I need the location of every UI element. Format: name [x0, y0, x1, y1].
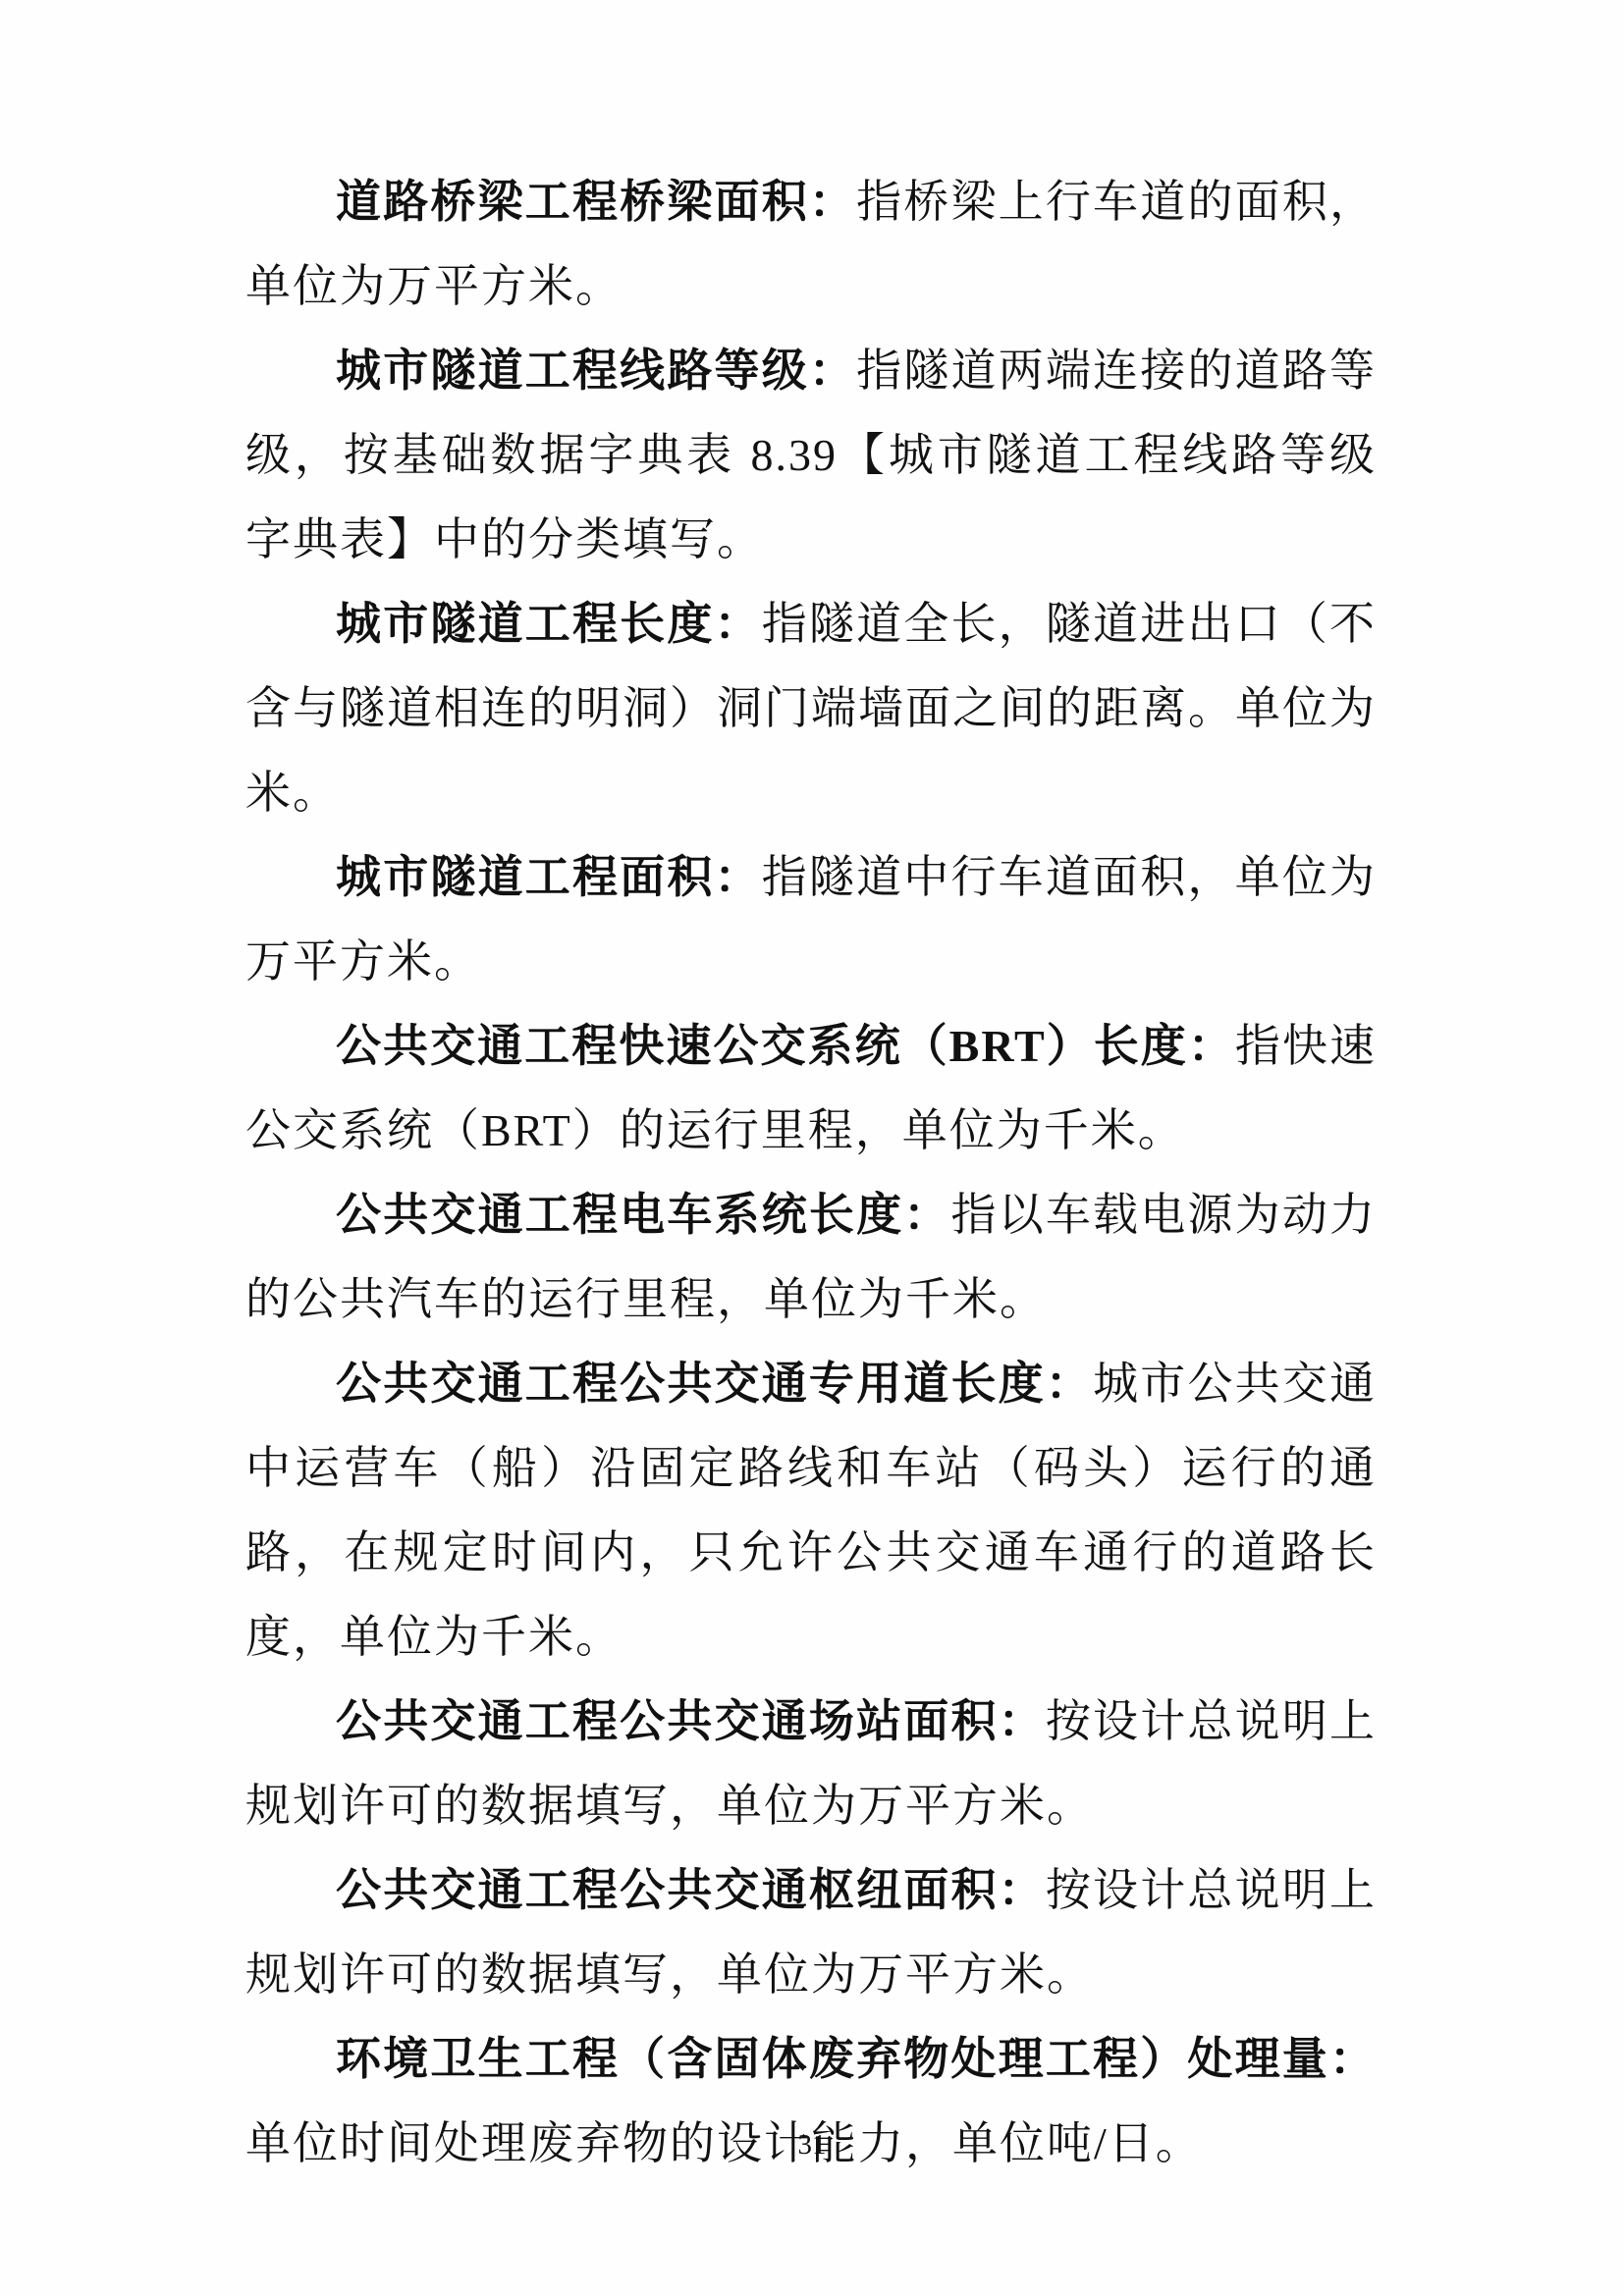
term-label: 道路桥梁工程桥梁面积： [336, 177, 856, 227]
definition-paragraph: 公共交通工程公共交通枢纽面积：按设计总说明上规划许可的数据填写，单位为万平方米。 [245, 1848, 1377, 2017]
term-label: 公共交通工程公共交通场站面积： [336, 1696, 1046, 1746]
document-body: 道路桥梁工程桥梁面积：指桥梁上行车道的面积，单位为万平方米。 城市隧道工程线路等… [245, 160, 1377, 2186]
definition-paragraph: 公共交通工程电车系统长度：指以车载电源为动力的公共汽车的运行里程，单位为千米。 [245, 1173, 1377, 1342]
definition-paragraph: 城市隧道工程面积：指隧道中行车道面积，单位为万平方米。 [245, 835, 1377, 1004]
term-label: 城市隧道工程长度： [336, 599, 762, 649]
term-label: 环境卫生工程（含固体废弃物处理工程）处理量： [336, 2034, 1377, 2084]
definition-paragraph: 道路桥梁工程桥梁面积：指桥梁上行车道的面积，单位为万平方米。 [245, 160, 1377, 329]
term-label: 公共交通工程公共交通枢纽面积： [336, 1865, 1046, 1915]
definition-paragraph: 公共交通工程公共交通场站面积：按设计总说明上规划许可的数据填写，单位为万平方米。 [245, 1680, 1377, 1848]
definition-paragraph: 城市隧道工程线路等级：指隧道两端连接的道路等级，按基础数据字典表 8.39【城市… [245, 329, 1377, 582]
term-label: 城市隧道工程面积： [336, 852, 762, 902]
term-label: 城市隧道工程线路等级： [336, 346, 856, 396]
definition-paragraph: 城市隧道工程长度：指隧道全长，隧道进出口（不含与隧道相连的明洞）洞门端墙面之间的… [245, 582, 1377, 835]
term-label: 公共交通工程电车系统长度： [336, 1190, 950, 1240]
term-label: 公共交通工程快速公交系统（BRT）长度： [336, 1021, 1235, 1071]
page-number: 31 [0, 2128, 1624, 2162]
definition-paragraph: 公共交通工程快速公交系统（BRT）长度：指快速公交系统（BRT）的运行里程，单位… [245, 1004, 1377, 1173]
definition-paragraph: 公共交通工程公共交通专用道长度：城市公共交通中运营车（船）沿固定路线和车站（码头… [245, 1342, 1377, 1680]
term-label: 公共交通工程公共交通专用道长度： [336, 1359, 1093, 1409]
document-page: 道路桥梁工程桥梁面积：指桥梁上行车道的面积，单位为万平方米。 城市隧道工程线路等… [0, 0, 1624, 2296]
